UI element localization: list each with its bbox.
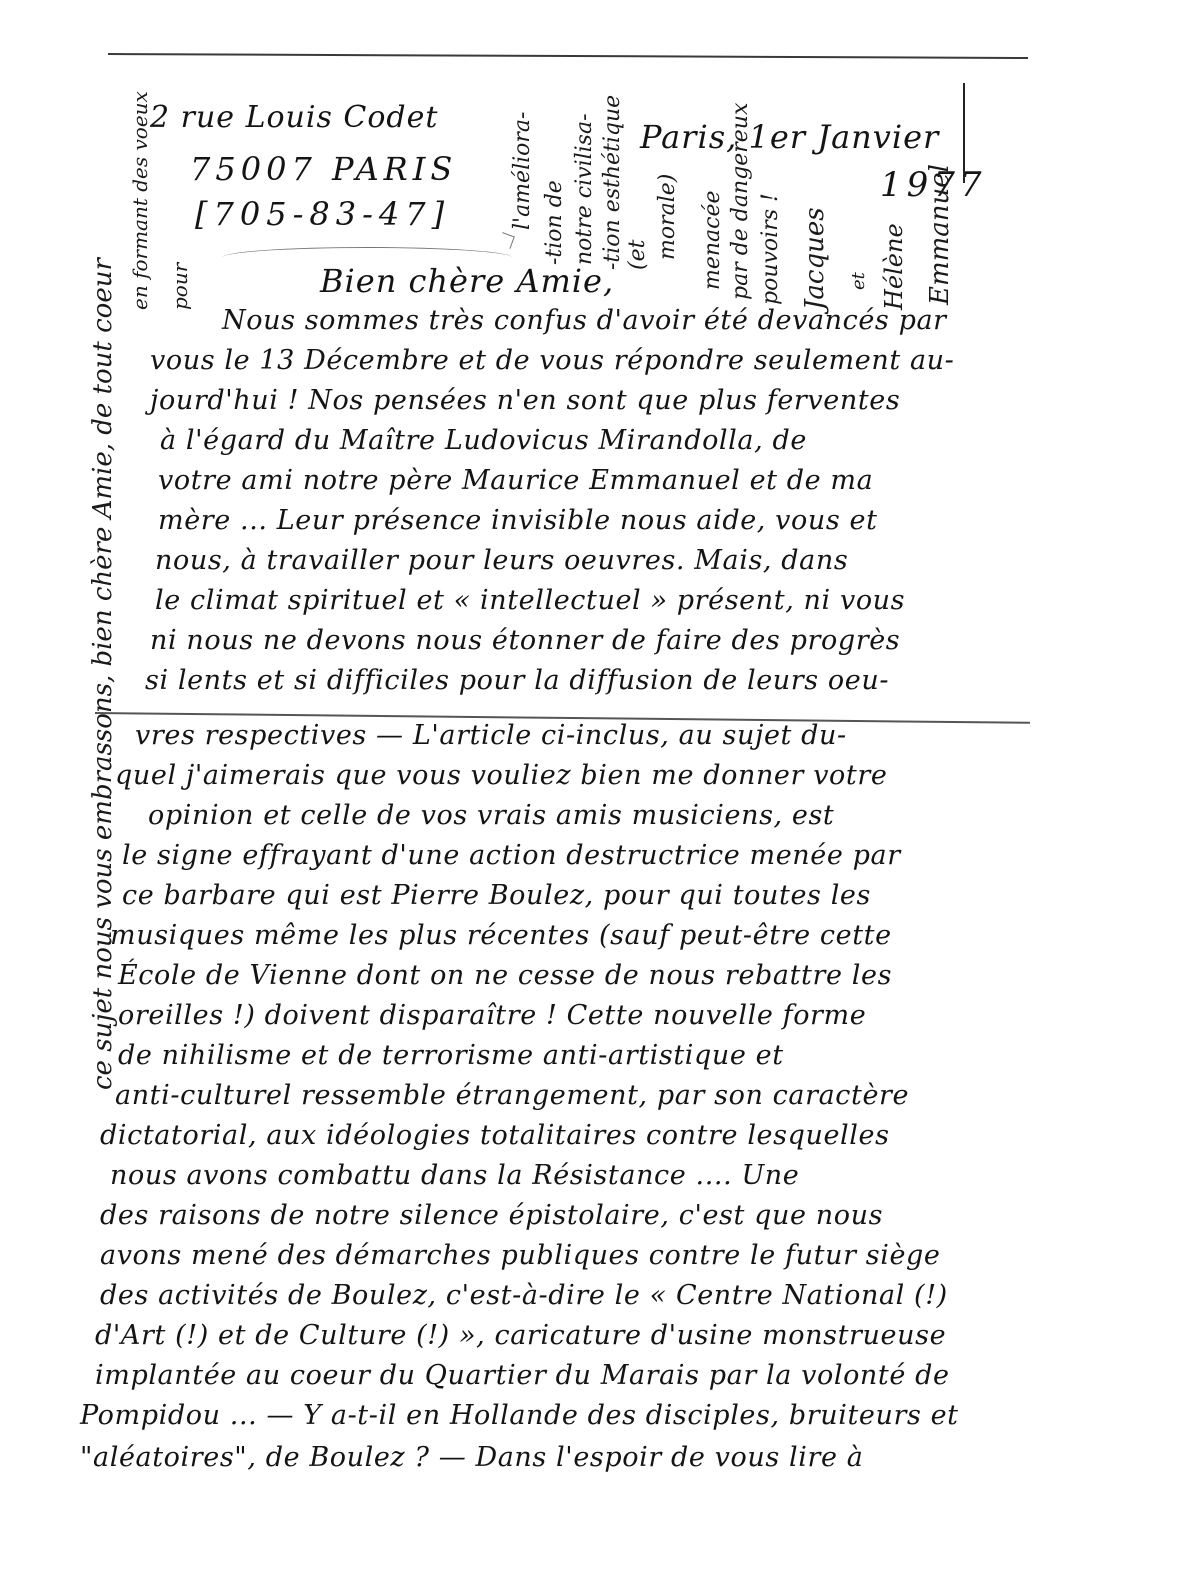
- body-line: ce barbare qui est Pierre Boulez, pour q…: [122, 880, 871, 911]
- margin-note-column: menacée: [700, 190, 725, 290]
- letter-page: 2 rue Louis Codet 75007 PARIS [705-83-47…: [0, 0, 1190, 1572]
- margin-note-column: (et: [625, 240, 650, 270]
- body-line: le climat spirituel et « intellectuel » …: [155, 585, 905, 616]
- body-line: si lents et si difficiles pour la diffus…: [145, 665, 889, 696]
- body-line: nous avons combattu dans la Résistance .…: [110, 1160, 799, 1191]
- salutation: Bien chère Amie,: [320, 262, 614, 300]
- body-line: vres respectives — L'article ci-inclus, …: [135, 720, 847, 751]
- top-rule-line: [108, 53, 1028, 59]
- body-line: "aléatoires", de Boulez ? — Dans l'espoi…: [80, 1442, 863, 1473]
- body-line: votre ami notre père Maurice Emmanuel et…: [158, 465, 873, 496]
- body-line: implantée au coeur du Quartier du Marais…: [95, 1360, 950, 1391]
- margin-note-column: par de dangereux: [728, 103, 753, 300]
- address-city: 75007 PARIS: [190, 150, 457, 188]
- body-line: des activités de Boulez, c'est-à-dire le…: [100, 1280, 948, 1311]
- margin-bracket: [963, 83, 965, 183]
- margin-note-left-outer: ce sujet nous vous embrassons, bien chèr…: [88, 258, 118, 1090]
- margin-note-column: l'améliora-: [510, 112, 535, 230]
- body-line: jourd'hui ! Nos pensées n'en sont que pl…: [150, 385, 900, 416]
- address-street: 2 rue Louis Codet: [150, 100, 438, 135]
- body-line: Pompidou ... — Y a-t-il en Hollande des …: [80, 1400, 959, 1431]
- body-line: dictatorial, aux idéologies totalitaires…: [100, 1120, 890, 1151]
- signature-helene: Hélène: [880, 223, 908, 310]
- body-line: Nous sommes très confus d'avoir été deva…: [222, 305, 947, 336]
- margin-note-left-inner-2: pour: [168, 263, 192, 310]
- signature-and: et: [848, 272, 869, 290]
- annotation-arrow-icon: [498, 232, 515, 249]
- body-line: vous le 13 Décembre et de vous répondre …: [150, 345, 954, 376]
- margin-note-column: pouvoirs !: [758, 193, 783, 305]
- body-line: à l'égard du Maître Ludovicus Mirandolla…: [160, 425, 807, 456]
- body-line: opinion et celle de vos vrais amis music…: [148, 800, 834, 831]
- body-line: d'Art (!) et de Culture (!) », caricatur…: [95, 1320, 946, 1351]
- body-line: anti-culturel ressemble étrangement, par…: [115, 1080, 909, 1111]
- body-line: le signe effrayant d'une action destruct…: [122, 840, 901, 871]
- margin-note-column: morale): [655, 174, 680, 260]
- margin-note-left-inner: en formant des voeux: [128, 91, 152, 310]
- body-line: nous, à travailler pour leurs oeuvres. M…: [155, 545, 848, 576]
- body-line: École de Vienne dont on ne cesse de nous…: [118, 960, 892, 991]
- margin-note-column: -tion esthétique: [600, 95, 625, 270]
- body-line: des raisons de notre silence épistolaire…: [100, 1200, 883, 1231]
- body-line: mère ... Leur présence invisible nous ai…: [158, 505, 878, 536]
- body-line: quel j'aimerais que vous vouliez bien me…: [115, 760, 887, 791]
- body-line: musiques même les plus récentes (sauf pe…: [110, 920, 892, 951]
- signature-emmanuel: Emmanuel: [925, 164, 955, 305]
- margin-note-column: -tion de: [542, 180, 567, 265]
- body-line: de nihilisme et de terrorisme anti-artis…: [118, 1040, 784, 1071]
- body-line: ni nous ne devons nous étonner de faire …: [150, 625, 900, 656]
- body-line: avons mené des démarches publiques contr…: [100, 1240, 941, 1271]
- signature-jacques: Jacques: [800, 207, 830, 310]
- body-line: oreilles !) doivent disparaître ! Cette …: [118, 1000, 866, 1031]
- date-place: Paris, 1er Janvier: [640, 118, 939, 156]
- phone-number: [705-83-47]: [195, 195, 450, 233]
- margin-note-column: notre civilisa-: [572, 113, 597, 265]
